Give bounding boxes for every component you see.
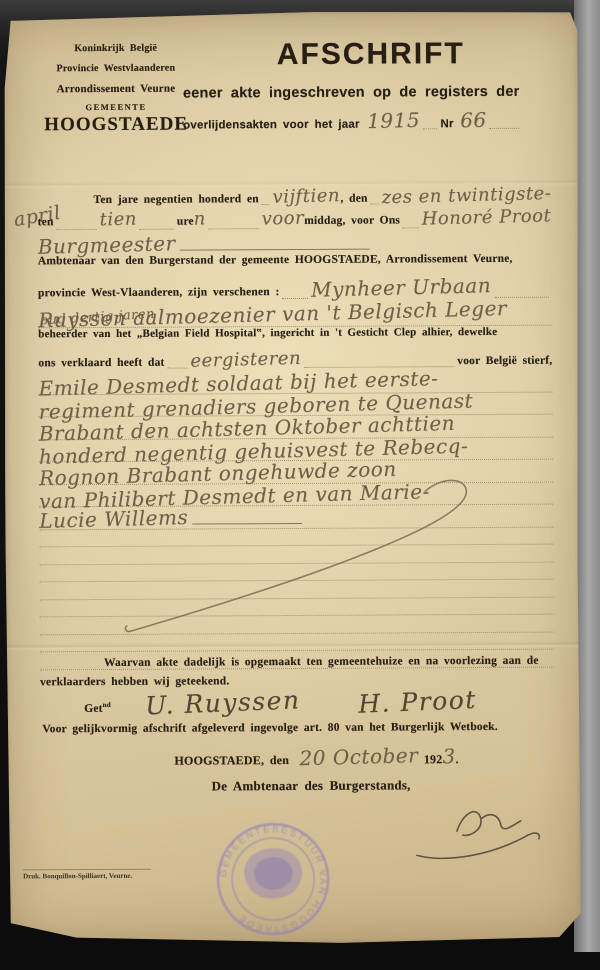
printed-text: ten bbox=[38, 216, 54, 228]
handwritten-n: n bbox=[194, 208, 207, 229]
number-label: Nr bbox=[441, 118, 454, 130]
body-line-7: beheerder van het „Belgian Field Hospita… bbox=[38, 326, 552, 351]
year-printed: 192 bbox=[424, 752, 443, 767]
printed-text: ons verklaard heeft dat bbox=[38, 357, 164, 370]
title-block: AFSCHRIFT eener akte ingeschreven op de … bbox=[171, 37, 571, 134]
handwritten-hour: tien bbox=[99, 208, 137, 230]
kingdom-line: Koninkrijk België bbox=[41, 43, 191, 55]
date-handwritten: 20 October bbox=[299, 743, 418, 770]
handwritten-record-line: Brabant den achtsten Oktober achttien bbox=[39, 415, 553, 440]
body-line-2: ten tien ure n voor middag, voor Ons Hon… bbox=[38, 207, 552, 234]
document-paper: Koninkrijk België Provincie Westvlaander… bbox=[3, 11, 583, 946]
title-subtitle-2-row: overlijdensakten voor het jaar 1915 Nr 6… bbox=[171, 108, 571, 134]
printed-text: middag, voor Ons bbox=[304, 214, 400, 227]
signature-proot: H. Proot bbox=[358, 685, 478, 719]
title-subtitle-1: eener akte ingeschreven op de registers … bbox=[171, 84, 571, 102]
printed-died-for-belgium: voor België stierf, bbox=[457, 355, 552, 367]
printed-text: ure bbox=[177, 216, 194, 228]
official-signature-flourish bbox=[399, 797, 559, 870]
title-subtitle-2: overlijdensakten voor het jaar bbox=[183, 119, 360, 132]
certification-line: Voor gelijkvormig afschrift afgeleverd i… bbox=[42, 721, 498, 735]
handwritten-record-line: Emile Desmedt soldaat bij het eerste- bbox=[38, 370, 552, 395]
municipality-name: HOOGSTAEDE bbox=[41, 114, 191, 137]
closing-line-1: Waarvan akte dadelijk is opgemaakt ten g… bbox=[40, 652, 556, 674]
year-digit-handwritten: 3 bbox=[442, 744, 456, 768]
printer-imprint: Druk. Bonquillon-Spilliaert, Veurne. bbox=[23, 869, 151, 881]
act-body: Ten jare negentien honderd en vijftien ,… bbox=[37, 185, 554, 670]
handwritten-day: zes en twintigste- bbox=[381, 183, 551, 208]
arrondissement-line: Arrondissement Veurne bbox=[41, 83, 191, 96]
handwritten-record-line: Lucie Willems bbox=[39, 505, 553, 530]
handwritten-officer-name: Honoré Proot bbox=[422, 205, 552, 229]
printed-text: Ten jare negentien honderd en bbox=[94, 193, 259, 206]
signed-label: Getnd bbox=[84, 701, 111, 715]
printed-text: Ambtenaar van den Burgerstand der gemeen… bbox=[38, 253, 513, 267]
letterhead-left: Koninkrijk België Provincie Westvlaander… bbox=[41, 43, 191, 137]
body-line-3: Burgmeester bbox=[38, 231, 552, 256]
year-handwritten: 1915 bbox=[367, 108, 421, 133]
printed-text: provincie West-Vlaanderen, zijn verschen… bbox=[38, 286, 280, 299]
signature-ruyssen: U. Ruyssen bbox=[144, 685, 300, 720]
handwritten-voor: voor bbox=[261, 207, 304, 229]
municipal-stamp: GEMEENTEBESTUUR VAN HOOGSTAEDE bbox=[213, 818, 334, 941]
official-title-line: De Ambtenaar des Burgerstands, bbox=[212, 777, 411, 794]
printed-text: , den bbox=[340, 193, 367, 205]
handwritten-record-line: regiment grenadiers geboren te Quenast bbox=[39, 392, 553, 417]
body-line-8: ons verklaard heeft dat eergisteren voor… bbox=[38, 348, 552, 373]
period: . bbox=[456, 754, 459, 766]
signatures-row: Getnd U. Ruyssen H. Proot bbox=[84, 687, 477, 718]
document-title: AFSCHRIFT bbox=[171, 37, 571, 73]
printed-text: beheerder van het „Belgian Field Hospita… bbox=[38, 326, 497, 340]
gemeente-label: GEMEENTE bbox=[41, 102, 191, 113]
act-number-handwritten: 66 bbox=[459, 108, 486, 133]
handwritten-text: Lucie Willems bbox=[39, 505, 188, 533]
handwritten-eergisteren: eergisteren bbox=[190, 348, 301, 372]
place-printed: HOOGSTAEDE, den bbox=[174, 753, 289, 769]
photograph-of-document: Koninkrijk België Provincie Westvlaander… bbox=[0, 0, 600, 970]
handwritten-record-line: van Philibert Desmedt en van Marie- bbox=[39, 482, 553, 507]
handwritten-record-line: Rognon Brabant ongehuwde zoon bbox=[39, 460, 553, 485]
handwritten-fifteen: vijftien bbox=[273, 185, 341, 208]
body-line-1: Ten jare negentien honderd en vijftien ,… bbox=[37, 185, 551, 210]
place-date-row: HOOGSTAEDE, den 20 October 192 3 . bbox=[174, 744, 458, 769]
province-line: Provincie Westvlaanderen bbox=[41, 63, 191, 75]
